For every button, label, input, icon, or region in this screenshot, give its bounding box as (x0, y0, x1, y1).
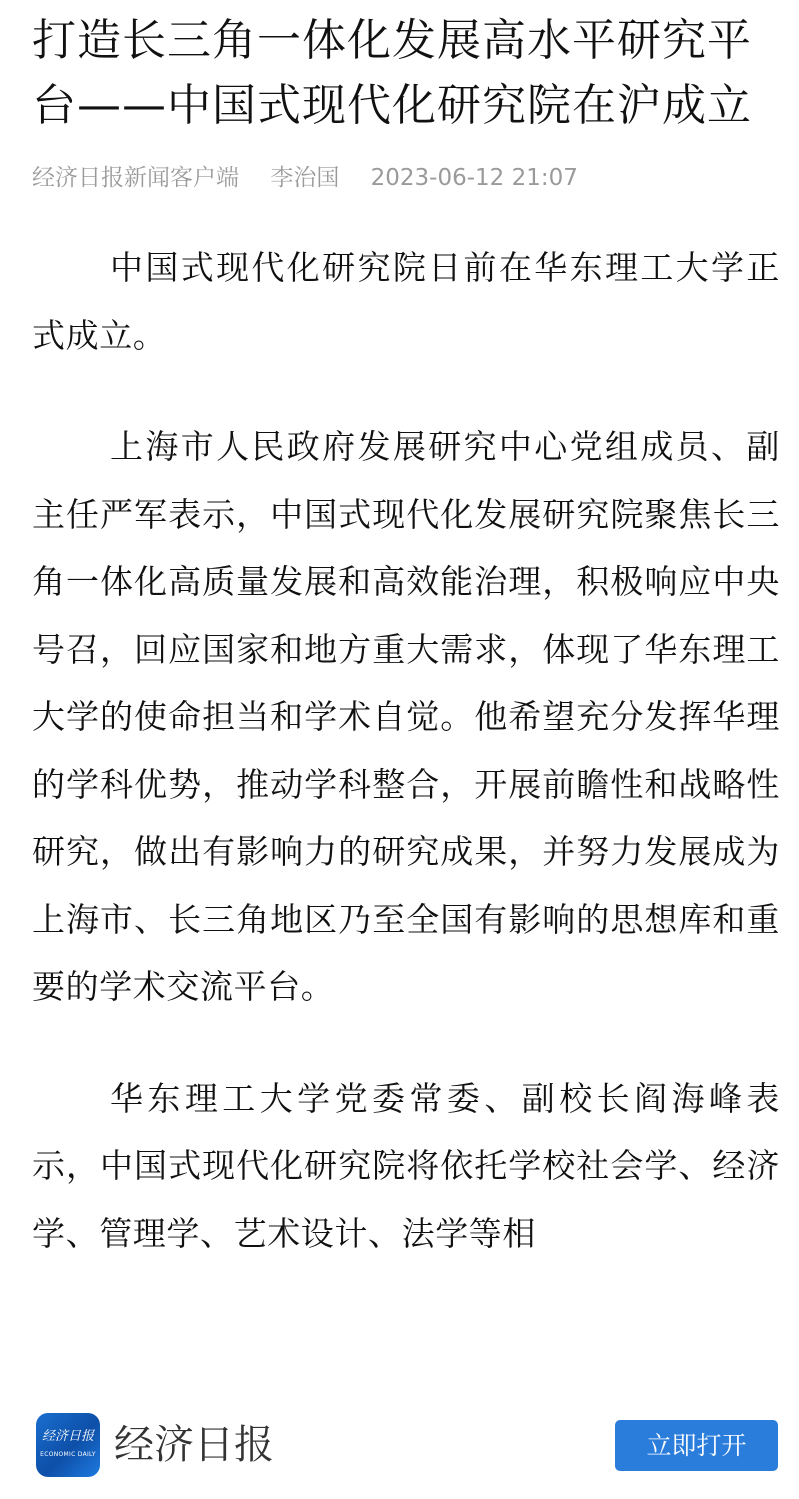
app-logo-icon[interactable]: 经济日报 ECONOMIC DAILY (36, 1413, 100, 1477)
app-download-banner: 经济日报 ECONOMIC DAILY 经济日报 立即打开 (0, 1396, 799, 1499)
article-datetime: 2023-06-12 21:07 (371, 165, 578, 191)
article-meta: 经济日报新闻客户端 李治国 2023-06-12 21:07 (32, 160, 780, 196)
app-logo-text-cn: 经济日报 (36, 1429, 100, 1445)
article: 打造长三角一体化发展高水平研究平台——中国式现代化研究院在沪成立 经济日报新闻客… (32, 0, 780, 1267)
article-paragraph: 上海市人民政府发展研究中心党组成员、副主任严军表示，中国式现代化发展研究院聚焦长… (32, 413, 780, 1021)
app-logo-text-en: ECONOMIC DAILY (36, 1451, 100, 1459)
open-app-button[interactable]: 立即打开 (615, 1420, 778, 1471)
article-paragraph: 中国式现代化研究院日前在华东理工大学正式成立。 (32, 234, 780, 369)
article-author: 李治国 (270, 165, 339, 191)
article-paragraph: 华东理工大学党委常委、副校长阎海峰表示，中国式现代化研究院将依托学校社会学、经济… (32, 1065, 780, 1268)
app-name: 经济日报 (114, 1420, 274, 1470)
article-title: 打造长三角一体化发展高水平研究平台——中国式现代化研究院在沪成立 (32, 0, 780, 138)
article-source: 经济日报新闻客户端 (32, 165, 239, 191)
